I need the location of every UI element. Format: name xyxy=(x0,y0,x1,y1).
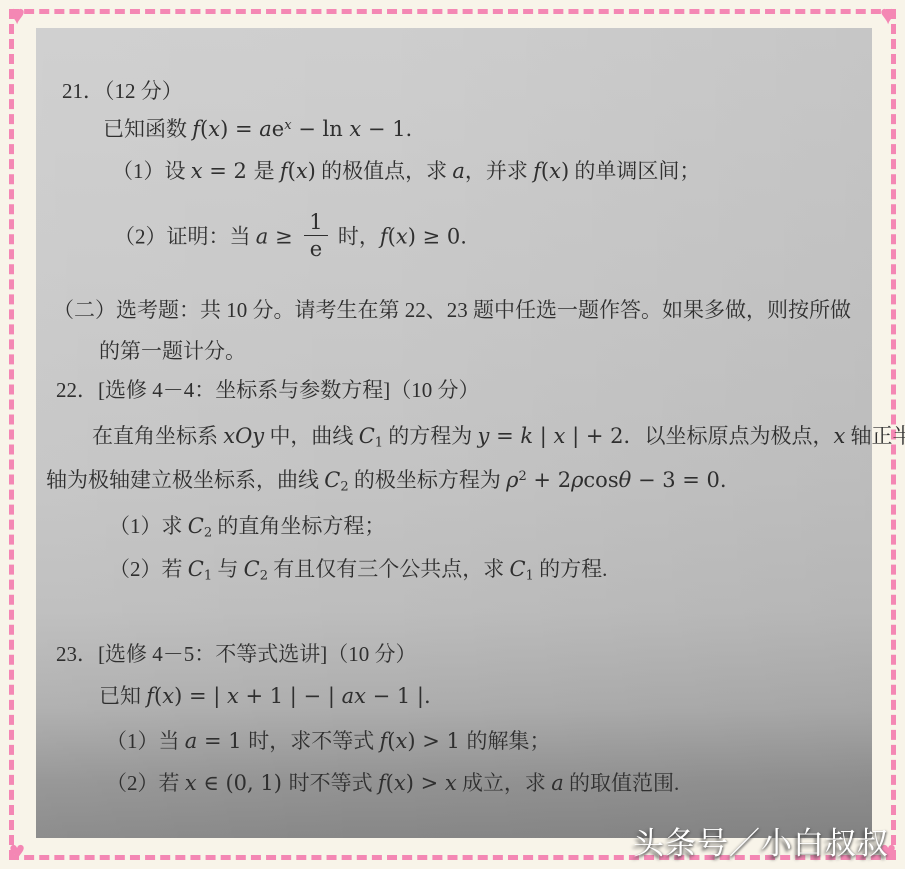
heart-icon: ♥ xyxy=(9,2,25,29)
q22-part2: （2）若 C1 与 C2 有且仅有三个公共点，求 C1 的方程. xyxy=(109,556,607,585)
q22-intro-line2: 轴为极轴建立极坐标系，曲线 C2 的极坐标方程为 ρ2 + 2ρcosθ − 3… xyxy=(46,467,727,496)
heart-icon: ♥ xyxy=(880,2,896,29)
section-note-line1: （二）选考题：共 10 分。请考生在第 22、23 题中任选一题作答。如果多做，… xyxy=(53,297,851,324)
exam-paper-photo: 21．（12 分） 已知函数 f(x) = aex − ln x − 1. （1… xyxy=(36,28,872,838)
heart-icon: ♥ xyxy=(9,838,25,865)
q22-intro-line1: 在直角坐标系 xOy 中，曲线 C1 的方程为 y = k | x | + 2．… xyxy=(92,423,905,452)
q21-heading: 21．（12 分） xyxy=(62,78,183,105)
q23-part1: （1）当 a = 1 时，求不等式 f(x) > 1 的解集； xyxy=(106,728,551,755)
q23-heading: 23．[选修 4－5：不等式选讲]（10 分） xyxy=(56,641,417,668)
q23-part2: （2）若 x ∈ (0, 1) 时不等式 f(x) > x 成立，求 a 的取值… xyxy=(106,770,679,797)
watermark-text: 头条号／小白叔叔 xyxy=(633,818,889,863)
q21-part2: （2）证明：当 a ≥ 1e 时，f(x) ≥ 0. xyxy=(114,213,467,264)
decorated-photo-frame: ♥ ♥ ♥ ♥ 21．（12 分） 已知函数 f(x) = aex − ln x… xyxy=(0,0,905,869)
q21-given-function: 已知函数 f(x) = aex − ln x − 1. xyxy=(103,116,412,143)
q23-given-function: 已知 f(x) = | x + 1 | − | ax − 1 |. xyxy=(99,683,431,710)
q22-heading: 22．[选修 4－4：坐标系与参数方程]（10 分） xyxy=(56,377,480,404)
q22-part1: （1）求 C2 的直角坐标方程； xyxy=(109,513,385,542)
section-note-line2: 的第一题计分。 xyxy=(99,338,246,365)
q21-part1: （1）设 x = 2 是 f(x) 的极值点，求 a，并求 f(x) 的单调区间… xyxy=(112,158,700,185)
